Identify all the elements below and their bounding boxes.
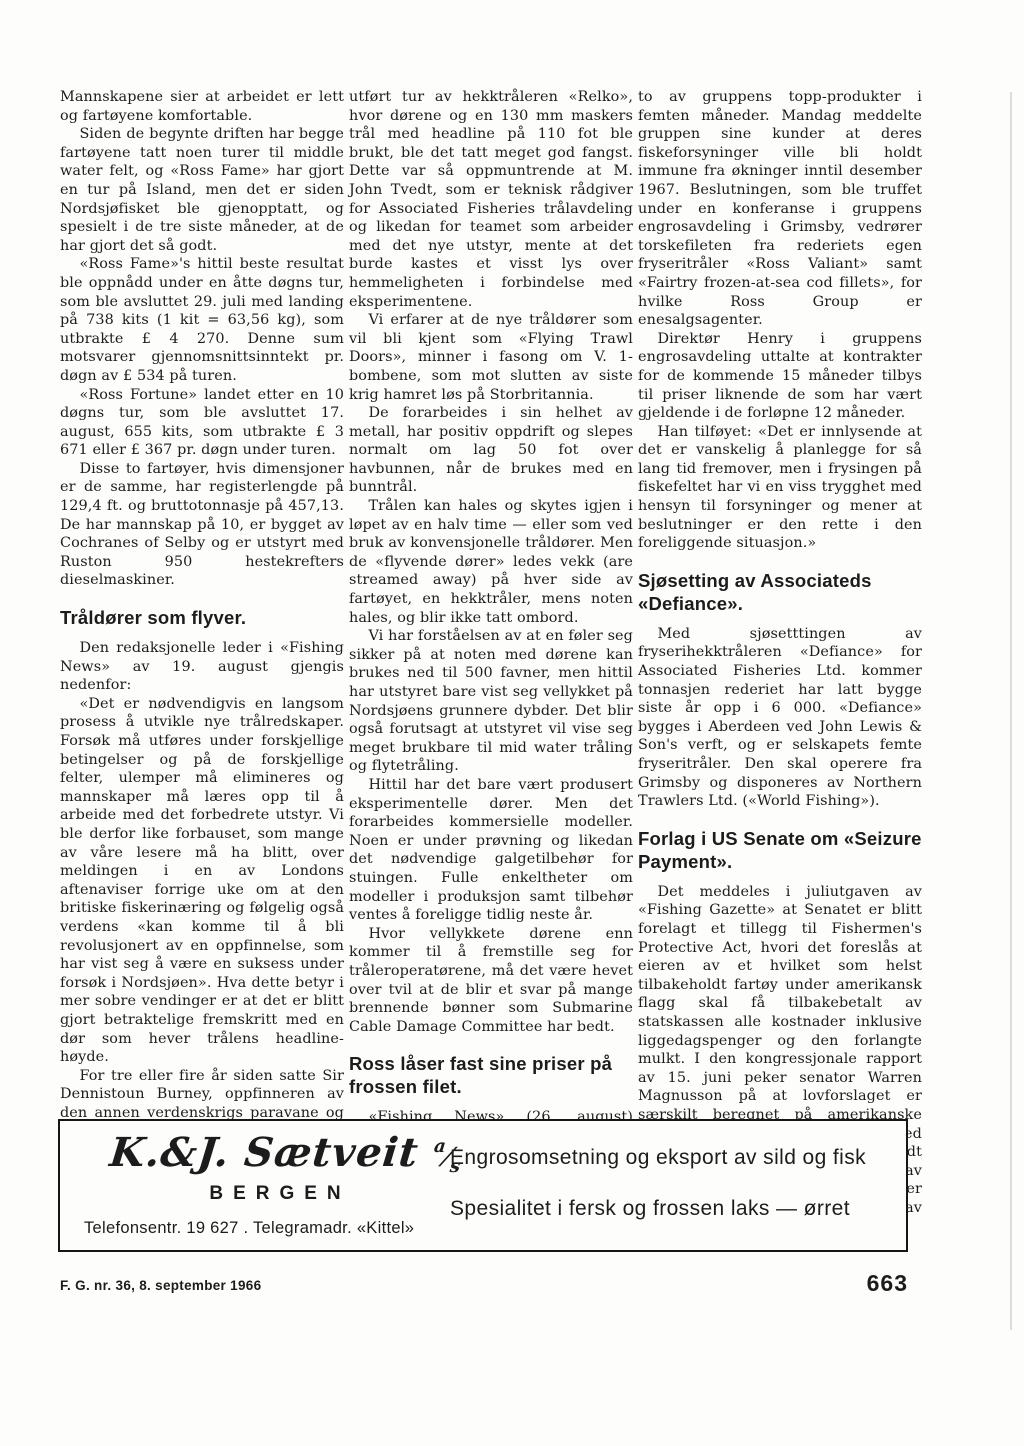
paragraph: De forarbeides i sin helhet av metall, h… — [349, 404, 633, 497]
paragraph: Vi erfarer at de nye tråldører som vil b… — [349, 311, 633, 404]
paragraph: Med sjøsetttingen av fryserihekktråleren… — [638, 625, 922, 811]
company-contact-line: Telefonsentr. 19 627 . Telegramadr. «Kit… — [84, 1219, 504, 1238]
page-number: 663 — [808, 1270, 908, 1297]
paragraph: Vi har forståelsen av at en føler seg si… — [349, 627, 633, 776]
company-logo: K.&J. Sætveit a⁄s — [107, 1129, 442, 1177]
paragraph: «Ross Fortune» landet etter en 10 døgns … — [60, 386, 344, 460]
section-heading: Ross låser fast sine priser på frossen f… — [349, 1052, 633, 1098]
ad-tagline-2: Spesialitet i fersk og frossen laks — ør… — [450, 1197, 900, 1221]
paragraph: «Det er nødvendigvis en langsom prosess … — [60, 695, 344, 1067]
paragraph: Han tilføyet: «Det er innlysende at det … — [638, 423, 922, 553]
page-edge-line — [1010, 92, 1012, 1330]
paragraph: «Ross Fame»'s hittil beste resultat ble … — [60, 255, 344, 385]
text-column-3: to av gruppens topp-produkter i femten m… — [638, 88, 922, 1236]
paragraph: Hvor vellykkete dørene enn kommer til å … — [349, 925, 633, 1037]
paragraph: Disse to fartøyer, hvis dimensjoner er d… — [60, 460, 344, 590]
paragraph: Trålen kan hales og skytes igjen i løpet… — [349, 497, 633, 627]
text-column-1: Mannskapene sier at arbeidet er lett og … — [60, 88, 344, 1234]
issue-info: F. G. nr. 36, 8. september 1966 — [60, 1278, 261, 1293]
paragraph: Direktør Henry i gruppens engrosavdeling… — [638, 330, 922, 423]
paragraph: Siden de begynte driften har begge fartø… — [60, 125, 344, 255]
section-heading: Sjøsetting av Associateds «Defiance». — [638, 569, 922, 615]
paragraph: utført tur av hekktråleren «Relko», hvor… — [349, 88, 633, 311]
company-city: BERGEN — [110, 1183, 440, 1205]
ad-identity-block: K.&J. Sætveit a⁄s BERGEN Telefonsentr. 1… — [60, 1121, 450, 1250]
text-column-2: utført tur av hekktråleren «Relko», hvor… — [349, 88, 633, 1183]
ad-tagline-1: Engrosomsetning og eksport av sild og fi… — [450, 1146, 900, 1170]
paragraph: Hittil har det bare vært produsert ekspe… — [349, 776, 633, 925]
section-heading: Tråldører som flyver. — [60, 606, 344, 629]
magazine-page: Mannskapene sier at arbeidet er lett og … — [0, 0, 1024, 1446]
paragraph: to av gruppens topp-produkter i femten m… — [638, 88, 922, 330]
company-name: K.&J. Sætveit — [108, 1129, 421, 1176]
paragraph: Den redaksjonelle leder i «Fishing News»… — [60, 639, 344, 695]
section-heading: Forlag i US Senate om «Seizure Payment». — [638, 827, 922, 873]
paragraph: Mannskapene sier at arbeidet er lett og … — [60, 88, 344, 125]
advertisement-saetveit: K.&J. Sætveit a⁄s BERGEN Telefonsentr. 1… — [58, 1119, 908, 1252]
